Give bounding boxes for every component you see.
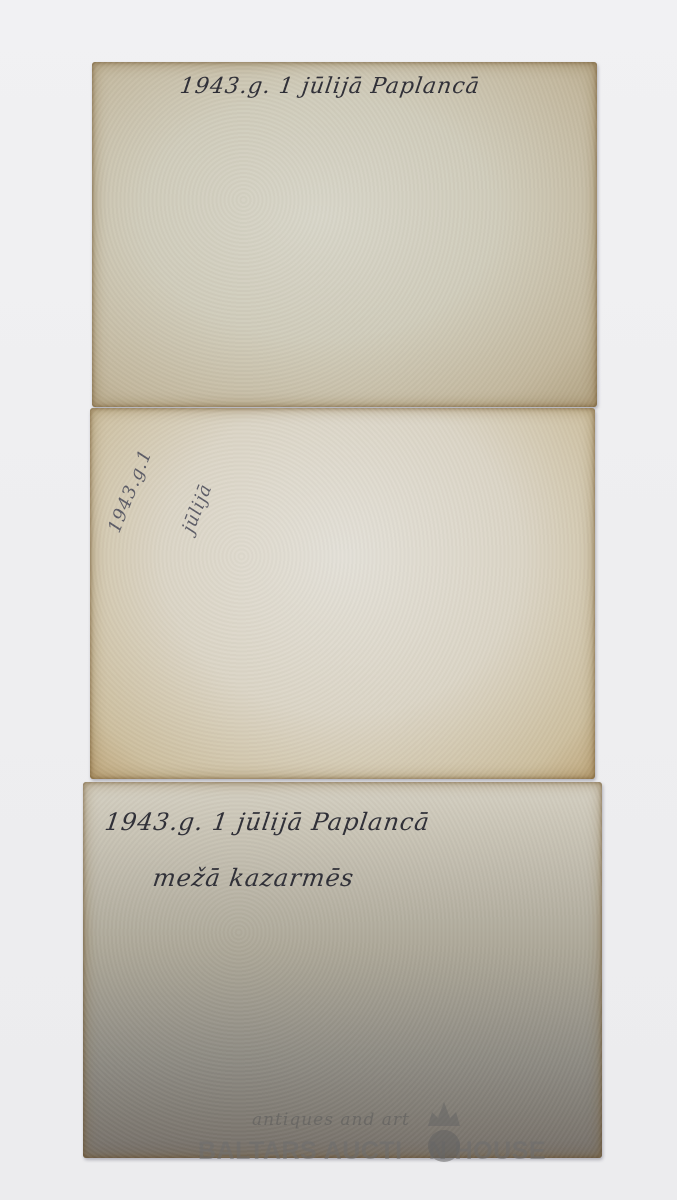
- photo-back-1: 1943.g. 1 jūlijā Paplancā: [92, 62, 597, 407]
- handwritten-inscription-line-2: jūlijā: [178, 481, 217, 536]
- photo-back-2: 1943.g.1 jūlijā: [90, 408, 595, 779]
- handwritten-inscription-line-2: mežā kazarmēs: [151, 864, 356, 892]
- handwritten-inscription-line-1: 1943.g. 1 jūlijā Paplancā: [103, 808, 432, 836]
- handwritten-inscription-line-1: 1943.g.1: [104, 446, 157, 536]
- photo-back-3: 1943.g. 1 jūlijā Paplancā mežā kazarmēs: [83, 782, 602, 1158]
- handwritten-inscription: 1943.g. 1 jūlijā Paplancā: [178, 74, 481, 99]
